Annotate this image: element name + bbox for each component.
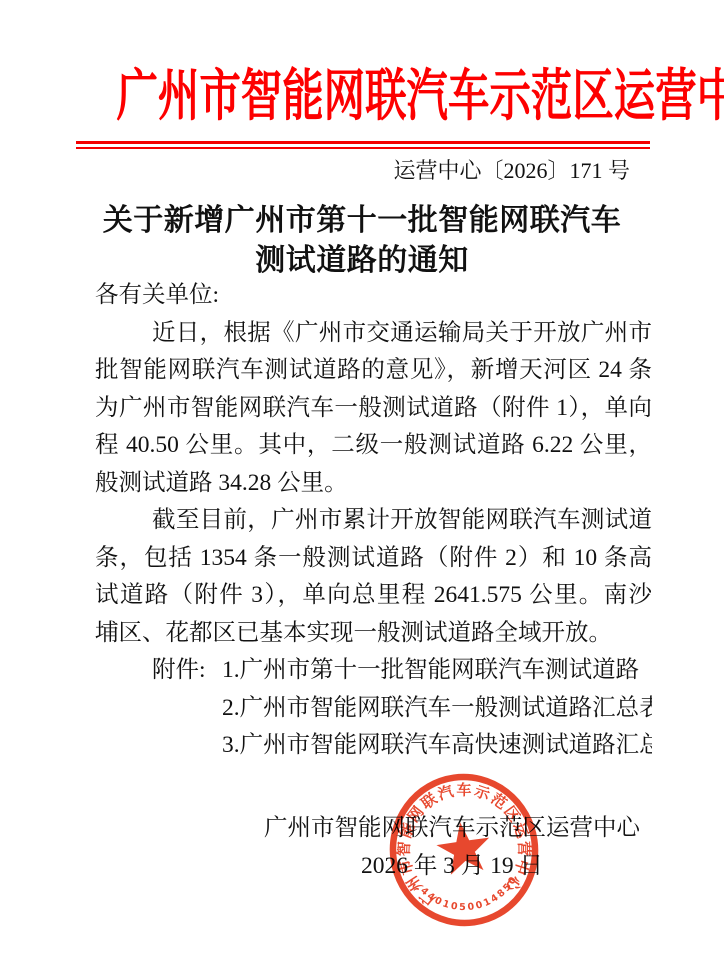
paragraph-line: 批智能网联汽车测试道路的意见》，新增天河区 24 条路段 bbox=[95, 352, 652, 390]
letterhead-rule bbox=[76, 141, 650, 149]
letterhead-org-title: 广州市智能网联汽车示范区运营中心 bbox=[116, 60, 724, 132]
paragraph-line: 近日，根据《广州市交通运输局关于开放广州市第十一 bbox=[95, 315, 652, 353]
attachments-label: 附件: bbox=[152, 652, 222, 690]
paragraph-line: 程 40.50 公里。其中，二级一般测试道路 6.22 公里，三级一 bbox=[95, 427, 652, 465]
paragraph-line: 埔区、花都区已基本实现一般测试道路全域开放。 bbox=[95, 615, 652, 653]
attachment-item: 3.广州市智能网联汽车高快速测试道路汇总表 bbox=[222, 727, 652, 765]
attachment-item: 2.广州市智能网联汽车一般测试道路汇总表 bbox=[222, 690, 652, 728]
paragraph-line: 条，包括 1354 条一般测试道路（附件 2）和 10 条高快速测 bbox=[95, 540, 652, 578]
notice-title-line1: 关于新增广州市第十一批智能网联汽车 bbox=[0, 201, 724, 241]
salutation: 各有关单位: bbox=[95, 277, 652, 315]
letterhead: 广州市智能网联汽车示范区运营中心 bbox=[0, 60, 724, 132]
paragraph-line: 为广州市智能网联汽车一般测试道路（附件 1），单向总里 bbox=[95, 390, 652, 428]
notice-title-line2: 测试道路的通知 bbox=[0, 241, 724, 281]
paragraph-line: 试道路（附件 3），单向总里程 2641.575 公里。南沙区、黄 bbox=[95, 577, 652, 615]
paragraph-line: 般测试道路 34.28 公里。 bbox=[95, 465, 652, 503]
signature-block: 广州市智能网联汽车示范区运营中心 2026 年 3 月 19 日 bbox=[264, 810, 640, 885]
signature-date: 2026 年 3 月 19 日 bbox=[264, 848, 640, 886]
signature-name: 广州市智能网联汽车示范区运营中心 bbox=[264, 810, 640, 848]
notice-document-page: 广州市智能网联汽车示范区运营中心 运营中心〔2026〕171 号 关于新增广州市… bbox=[0, 0, 724, 960]
doc-number: 运营中心〔2026〕171 号 bbox=[0, 156, 724, 186]
paragraph-line: 截至目前，广州市累计开放智能网联汽车测试道路 1364 bbox=[95, 502, 652, 540]
attachments-line: 附件:1.广州市第十一批智能网联汽车测试道路 bbox=[95, 652, 652, 690]
notice-title: 关于新增广州市第十一批智能网联汽车 测试道路的通知 bbox=[0, 201, 724, 281]
notice-body: 各有关单位: 近日，根据《广州市交通运输局关于开放广州市第十一 批智能网联汽车测… bbox=[95, 277, 652, 765]
attachment-item: 1.广州市第十一批智能网联汽车测试道路 bbox=[222, 657, 639, 683]
